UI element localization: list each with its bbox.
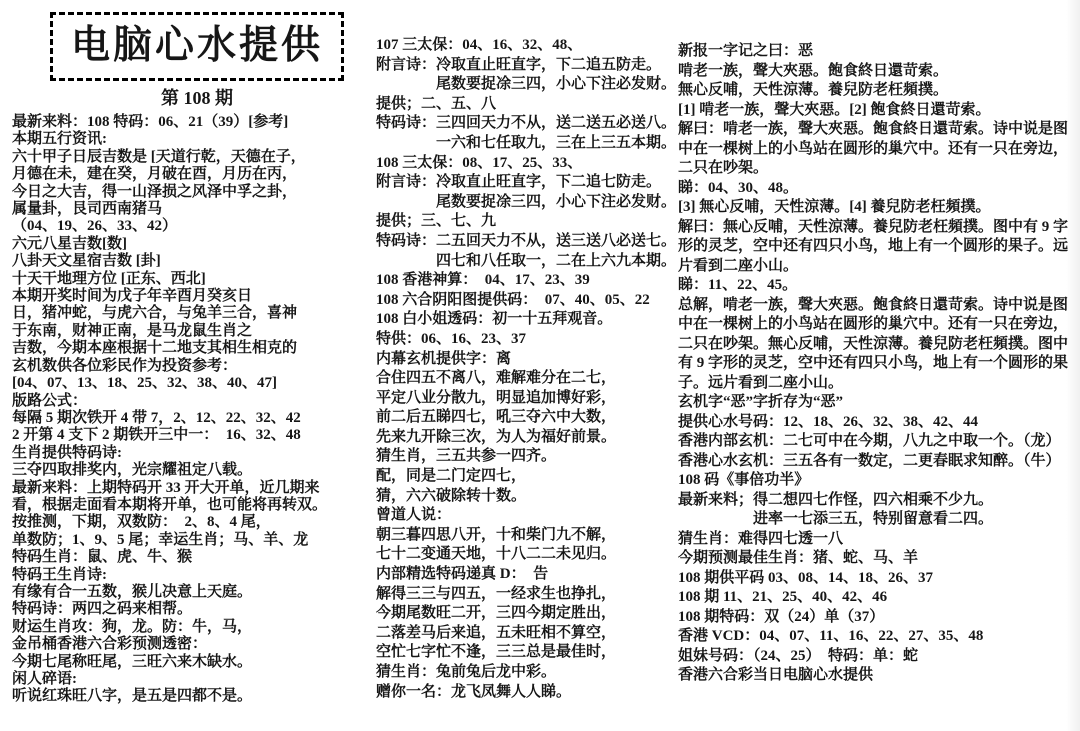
text-line: 睇：04、30、48。 xyxy=(678,179,1076,199)
text-line: 一六和七任取九，三在上三五本期。 xyxy=(376,134,676,154)
text-line: 特供：06、16、23、37 xyxy=(376,330,676,350)
text-line: 空忙七字忙不逢，三三总是最佳时， xyxy=(376,643,676,663)
text-line: 香港内部玄机：二七可中在今期，八九之中取一个。（龙） xyxy=(678,432,1076,452)
text-line: 八卦天文星宿吉数 [卦] xyxy=(12,253,370,270)
text-line: [1] 啃老一族，聲大夾惡。[2] 飽食終日還苛索。 xyxy=(678,101,1076,121)
text-line: 生肖提供特码诗: xyxy=(12,445,370,462)
text-line: 108 期供平码 03、08、14、18、26、37 xyxy=(678,569,1076,589)
text-line: 有缘有合一五数，猴儿决意上天庭。 xyxy=(12,584,370,601)
text-line: 十天干地理方位 [正东、西北] xyxy=(12,271,370,288)
text-line: 子。远片看到二座小山。 xyxy=(678,374,1076,394)
text-line: 月德在未，建在癸，月破在酉，月历在丙， xyxy=(12,166,370,183)
text-line: 赠你一名：龙飞凤舞人人睇。 xyxy=(376,683,676,703)
text-line: 平定八业分散九，明显追加博好彩， xyxy=(376,389,676,409)
text-line: 看，根据走面看本期将开单，也可能将再转双。 xyxy=(12,497,370,514)
text-line: 特码生肖：鼠、虎、牛、猴 xyxy=(12,549,370,566)
text-line: 内幕玄机提供字：离 xyxy=(376,350,676,370)
middle-column-text: 107 三太保：04、16、32、48、附言诗：冷取直止旺直字，下二追五防走。 … xyxy=(376,36,676,702)
text-line: 单数防；1、9、5 尾；幸运生肖；马、羊、龙 xyxy=(12,532,370,549)
scan-edge-shadow xyxy=(1066,0,1080,731)
text-line: 解得三三与四五，一经求生也挣扎， xyxy=(376,585,676,605)
text-line: 附言诗：冷取直止旺直字，下二追七防走。 xyxy=(376,173,676,193)
text-line: 猜，六六破除转十数。 xyxy=(376,487,676,507)
text-line: 有 9 字形的灵芝，空中还有四只小鸟，地上有一个圆形的果 xyxy=(678,354,1076,374)
middle-column: 107 三太保：04、16、32、48、附言诗：冷取直止旺直字，下二追五防走。 … xyxy=(376,36,676,702)
text-line: 内部精选特码递真 D： 告 xyxy=(376,565,676,585)
text-line: 于东南，财神正南，是马龙鼠生肖之 xyxy=(12,323,370,340)
left-column-text: 最新来料：108 特码：06、21（39）[参考]本期五行资讯:六十甲子日辰吉数… xyxy=(12,114,370,706)
text-line: 中在一棵树上的小鸟站在圆形的巢穴中。还有一只在旁边， xyxy=(678,315,1076,335)
right-column: 新报一字记之曰：恶啃老一族，聲大夾惡。飽食終日還苛索。無心反哺，天性涼薄。養兒防… xyxy=(678,42,1076,686)
text-line: 睇：11、22、45。 xyxy=(678,276,1076,296)
text-line: 合住四五不离八，难解难分在二七， xyxy=(376,369,676,389)
text-line: 108 白小姐透码：初一十五拜观音。 xyxy=(376,310,676,330)
text-line: 今期尾数旺二开，三四今期定胜出， xyxy=(376,604,676,624)
text-line: 香港六合彩当日电脑心水提供 xyxy=(678,666,1076,686)
text-line: 四七和八任取一，二在上六九本期。 xyxy=(376,252,676,272)
left-column: 电脑心水提供 第 108 期 最新来料：108 特码：06、21（39）[参考]… xyxy=(12,12,370,706)
text-line: 本期五行资讯: xyxy=(12,131,370,148)
text-line: 玄机数供各位彩民作为投资参考： xyxy=(12,358,370,375)
text-line: 最新来料；得二想四七作怪，四六相乘不少九。 xyxy=(678,491,1076,511)
text-line: 香港心水玄机：三五各有一数定，二更春眠求知醉。（牛） xyxy=(678,452,1076,472)
text-line: 本期开奖时间为戊子年辛酉月癸亥日 xyxy=(12,288,370,305)
page-title: 电脑心水提供 xyxy=(53,24,341,68)
text-line: 附言诗：冷取直止旺直字，下二追五防走。 xyxy=(376,56,676,76)
text-line: 特码诗：二五回天力不从，送三送八必送七。 xyxy=(376,232,676,252)
text-line: 先来九开除三次，为人为福好前景。 xyxy=(376,428,676,448)
text-line: 提供；三、七、九 xyxy=(376,212,676,232)
text-line: 片看到二座小山。 xyxy=(678,257,1076,277)
text-line: 猜生肖，三五共参一四齐。 xyxy=(376,447,676,467)
text-line: 香港 VCD：04、07、11、16、22、27、35、48 xyxy=(678,627,1076,647)
text-line: 听说红珠旺八字，是五是四都不是。 xyxy=(12,688,370,705)
text-line: 中在一棵树上的小鸟站在圆形的巢穴中。还有一只在旁边， xyxy=(678,140,1076,160)
text-line: 每隔 5 期次铁开 4 带 7，2、12、22、32、42 xyxy=(12,410,370,427)
text-line: 前二后五睇四七，吼三夺六中大数， xyxy=(376,408,676,428)
text-line: 日，猪冲蛇，与虎六合，与兔羊三合，喜神 xyxy=(12,305,370,322)
text-line: 2 开第 4 支下 2 期铁开三中一： 16、32、48 xyxy=(12,427,370,444)
text-line: 吉数，今期本座根据十二地支其相生相克的 xyxy=(12,340,370,357)
text-line: [3] 無心反哺，天性涼薄。[4] 養兒防老枉頻撲。 xyxy=(678,198,1076,218)
text-line: 108 三太保：08、17、25、33、 xyxy=(376,154,676,174)
text-line: 二只在吵架。無心反哺，天性涼薄。養兒防老枉頻撲。图中 xyxy=(678,335,1076,355)
text-line: [04、07、13、18、25、32、38、40、47] xyxy=(12,375,370,392)
text-line: 六十甲子日辰吉数是 [天道行乾，天德在子， xyxy=(12,149,370,166)
text-line: 财运生肖攻：狗，龙。防：牛，马， xyxy=(12,619,370,636)
text-line: 啃老一族，聲大夾惡。飽食終日還苛索。 xyxy=(678,62,1076,82)
text-line: 今期预测最佳生肖：猪、蛇、马、羊 xyxy=(678,549,1076,569)
title-box: 电脑心水提供 xyxy=(50,12,344,81)
text-line: 玄机字“恶”字折存为“恶” xyxy=(678,393,1076,413)
text-line: 二落差马后来追，五未旺相不算空， xyxy=(376,624,676,644)
text-line: 最新来料：上期特码开 33 开大开单，近几期来 xyxy=(12,480,370,497)
text-line: 按推测，下期，双数防： 2、8、4 尾， xyxy=(12,514,370,531)
text-line: 进率一七添三五，特别留意看二四。 xyxy=(678,510,1076,530)
text-line: 107 三太保：04、16、32、48、 xyxy=(376,36,676,56)
text-line: 108 期 11、21、25、40、42、46 xyxy=(678,588,1076,608)
text-line: 108 六合阴阳图提供码： 07、40、05、22 xyxy=(376,291,676,311)
text-line: 朝三暮四思八开，十和柴门九不解， xyxy=(376,526,676,546)
text-line: 闲人碎语: xyxy=(12,671,370,688)
text-line: 尾数要捉凃三四，小心下注必发财。 xyxy=(376,193,676,213)
text-line: 特码王生肖诗: xyxy=(12,567,370,584)
text-line: 六元八星吉数[数] xyxy=(12,236,370,253)
text-line: 曾道人说： xyxy=(376,506,676,526)
text-line: 提供；二、五、八 xyxy=(376,95,676,115)
text-line: 108 香港神算： 04、17、23、39 xyxy=(376,271,676,291)
text-line: 今期七尾称旺尾，三旺六来木缺水。 xyxy=(12,654,370,671)
text-line: 108 码《事倍功半》 xyxy=(678,471,1076,491)
text-line: 最新来料：108 特码：06、21（39）[参考] xyxy=(12,114,370,131)
text-line: 提供心水号码：12、18、26、32、38、42、44 xyxy=(678,413,1076,433)
text-line: 新报一字记之曰：恶 xyxy=(678,42,1076,62)
text-line: 二只在吵架。 xyxy=(678,159,1076,179)
text-line: 特码诗：三四回天力不从，送二送五必送八。 xyxy=(376,114,676,134)
text-line: 总解，啃老一族，聲大夾惡。飽食終日還苛索。诗中说是图 xyxy=(678,296,1076,316)
text-line: 無心反哺，天性涼薄。養兒防老枉頻撲。 xyxy=(678,81,1076,101)
text-line: 配，同是二门定四七， xyxy=(376,467,676,487)
text-line: 形的灵芝，空中还有四只小鸟，地上有一个圆形的果子。远 xyxy=(678,237,1076,257)
text-line: 三夺四取排奖内，光宗耀祖定八载。 xyxy=(12,462,370,479)
text-line: 姐妹号码：（24、25） 特码：单：蛇 xyxy=(678,647,1076,667)
text-line: （04、19、26、33、42） xyxy=(12,218,370,235)
text-line: 尾数要捉凃三四，小心下注必发财。 xyxy=(376,75,676,95)
text-line: 解曰：無心反哺，天性涼薄。養兒防老枉頻撲。图中有 9 字 xyxy=(678,218,1076,238)
text-line: 猜生肖：难得四七透一八 xyxy=(678,530,1076,550)
text-line: 解曰：啃老一族，聲大夾惡。飽食終日還苛索。诗中说是图 xyxy=(678,120,1076,140)
right-column-text: 新报一字记之曰：恶啃老一族，聲大夾惡。飽食終日還苛索。無心反哺，天性涼薄。養兒防… xyxy=(678,42,1076,686)
text-line: 属量卦，艮司西南猪马 xyxy=(12,201,370,218)
text-line: 猜生肖：兔前兔后龙中彩。 xyxy=(376,663,676,683)
text-line: 版路公式： xyxy=(12,393,370,410)
text-line: 108 期特码：双（24）单（37） xyxy=(678,608,1076,628)
text-line: 今日之大吉，得一山泽损之风泽中孚之卦， xyxy=(12,184,370,201)
text-line: 金吊桶香港六合彩预测透密： xyxy=(12,636,370,653)
issue-number: 第 108 期 xyxy=(50,84,344,110)
text-line: 七十二变通天地，十八二二未见归。 xyxy=(376,545,676,565)
text-line: 特码诗：两四之码来相帮。 xyxy=(12,601,370,618)
